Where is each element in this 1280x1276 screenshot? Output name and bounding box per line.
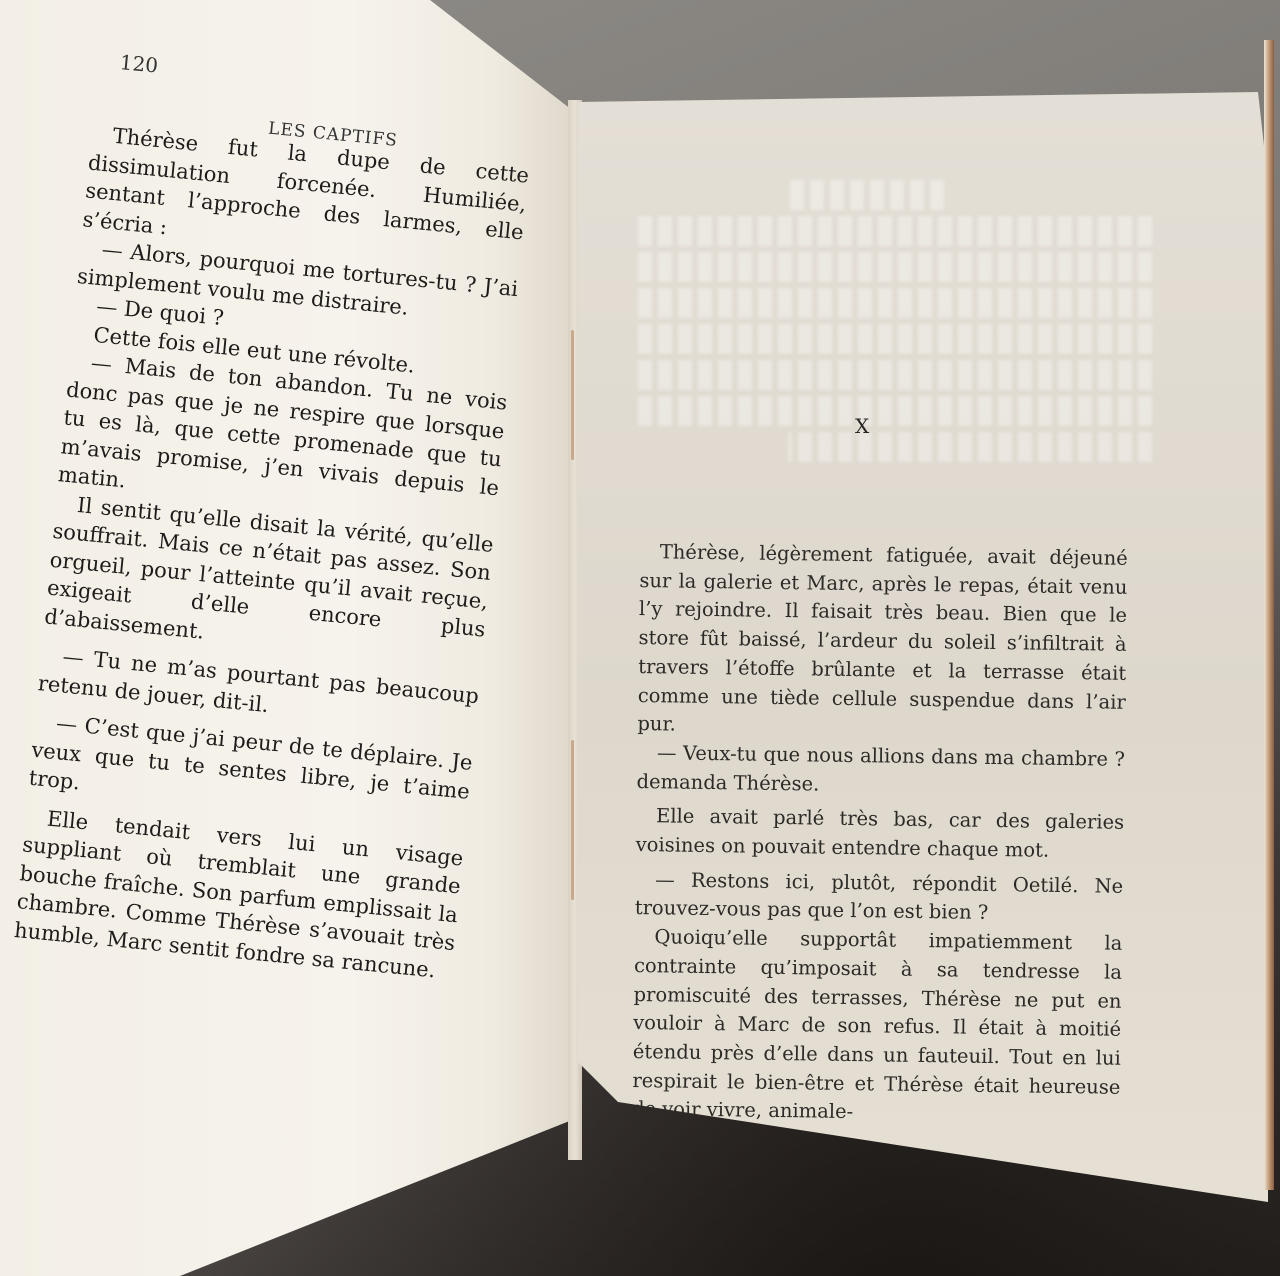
- paragraph: — Veux-tu que nous allions dans ma chamb…: [636, 739, 1125, 803]
- paragraph: — De quoi ?: [73, 290, 514, 361]
- page-number: 120: [119, 48, 160, 80]
- paragraph: — Alors, pourquoi me tortures-tu ? J’ai …: [76, 233, 519, 332]
- paragraph: — Tu ne m’as pourtant pas beaucoup reten…: [37, 640, 480, 739]
- left-page-text: 120 LES CAPTIFS Thérèse fut la dupe de c…: [100, 40, 538, 82]
- paragraph: — Mais de ton abandon. Tu ne vois donc p…: [57, 347, 509, 531]
- paragraph: — Restons ici, plutôt, répondit Oetilé. …: [635, 866, 1124, 930]
- left-page-body: Thérèse fut la dupe de cette dissimulati…: [13, 120, 530, 986]
- binding-stitch: [571, 330, 574, 460]
- left-page: 120 LES CAPTIFS Thérèse fut la dupe de c…: [0, 0, 580, 1276]
- paragraph: Elle tendait vers lui un visage supplian…: [13, 802, 465, 986]
- paragraph: Thérèse, légèrement fatiguée, avait déje…: [637, 538, 1128, 746]
- paragraph: Elle avait parlé très bas, car des galer…: [636, 802, 1125, 866]
- chapter-number: X: [855, 414, 869, 438]
- paragraph: Quoiqu’elle supportât impatiemment la co…: [632, 923, 1123, 1131]
- paragraph: — C’est que j’ai peur de te déplaire. Je…: [28, 707, 474, 834]
- paragraph: Cette fois elle eut une révolte.: [70, 318, 511, 389]
- paragraph: Thérèse fut la dupe de cette dissimulati…: [81, 120, 530, 276]
- page-foredge: [1264, 40, 1274, 1190]
- show-through-text: [632, 180, 1152, 540]
- paragraph: Il sentit qu’elle disait la vérité, qu’e…: [43, 488, 495, 672]
- binding-stitch: [571, 740, 574, 900]
- right-page-body: Thérèse, légèrement fatiguée, avait déje…: [632, 538, 1128, 1131]
- running-head: LES CAPTIFS: [267, 115, 399, 156]
